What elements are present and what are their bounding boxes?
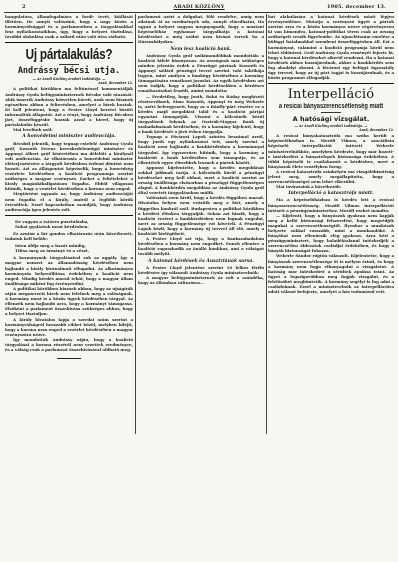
subheadline-2: A hatósági vizsgálat. [268, 115, 394, 124]
column-divider [135, 14, 136, 434]
article-continuation: parlament azért a dolgokat, fölé rendelv… [138, 14, 264, 45]
article-separator [5, 42, 133, 43]
paragraph: A király hivatalos lapja a szerdai szám … [5, 317, 133, 337]
paragraph: Megtörtént ugyanis az, hogy Andrássy aud… [5, 191, 133, 211]
verse-quote: Isten áldja meg a hazát mindig, Tiltsa m… [5, 243, 133, 253]
section-title: A katonai kérdések és Ausztriának sorsa. [138, 259, 264, 264]
place-date: Arad, december 12. [5, 81, 133, 85]
paragraph: A kormánynak tárgyalásaival sok az aggál… [5, 255, 133, 286]
column-3: hat alakulására a katonai kérdések miatt… [268, 14, 394, 562]
paragraph: — Kijelenti, hogy a bányászok gyakran ne… [268, 213, 394, 254]
headline: Interpelláció [268, 87, 394, 102]
paragraph: A resicai bányakatasztrófa ma szóba kerü… [268, 133, 394, 169]
paragraph: Így mondották Andrássy utján, hogy a koa… [5, 337, 133, 352]
section-title: Interpelláció a katasztrófa miatt. [268, 191, 394, 196]
paragraph: Apponyi kijelentette, hogy a kérdés mego… [138, 165, 264, 196]
paragraph: Ma a képviselőházban is kérdés lett a re… [268, 197, 394, 212]
masthead-rule [4, 12, 394, 13]
verse-quote: De vagyon a tatárra pusztulásba, Sokat g… [5, 219, 133, 229]
paragraph: A Pester Lloyd jelentése szerint 10 lelk… [138, 265, 264, 275]
paragraph: Valószínű ezen kívül, hogy a kérdés függ… [138, 195, 264, 236]
article-separator [5, 215, 133, 216]
paragraph: — Eredetileg, hogy Justh, Rohó és Ráday … [138, 94, 264, 135]
paragraph: Tegnap a Fővárosi Lapok szintén beszámol… [138, 134, 264, 165]
article-separator [268, 83, 394, 84]
paragraph: Mai távirataink a következők: [268, 184, 394, 189]
paragraph: Ez azután a hír gondos elhatározás után … [5, 231, 133, 241]
paragraph: A magyar belügyminiszternek az volt a sz… [138, 275, 264, 285]
subheadline: Andrássy bécsi utja. [5, 66, 133, 77]
paragraph: Wekerle Sándor rögtön válaszolt. Kijelen… [268, 253, 394, 294]
paragraph: A Pester Lloyd azt írja, hogy a bankszab… [138, 236, 264, 256]
section-title: Nem lesz koalíció bank. [138, 47, 264, 52]
end-rule [57, 358, 81, 359]
column-divider [266, 14, 267, 434]
article-continuation: hangulatára, államfogalmára a fordi- tev… [5, 14, 133, 39]
paragraph: Andrássy Gyula gróf szókimondóbbak mondo… [138, 53, 264, 94]
headline: Uj pártalakulás? [19, 46, 119, 63]
issue-date: 1905. december 13. [327, 4, 386, 10]
paragraph: Mai levelünk szól: [5, 127, 133, 132]
column-1: hangulatára, államfogalmára a fordi- tev… [5, 14, 133, 562]
divider [321, 112, 341, 113]
section-title: A honvédelmi miniszter audienciája. [5, 134, 133, 139]
column-2: parlament azért a dolgokat, fölé rendelv… [138, 14, 264, 562]
paragraph: A resicai katasztrófa színhelyén ma vizs… [268, 169, 394, 184]
article-continuation: hat alakulására a katonai kérdések miatt… [268, 14, 394, 80]
paragraph: A politikai körökben hisznek abban, hogy… [5, 286, 133, 317]
subheadline: a resicai bányaszerencsétlenség miatt [268, 102, 394, 111]
place-date: Arad, december 12. [268, 128, 394, 132]
paragraph: Bécsből jelentik, hogy tegnap estefelé A… [5, 141, 133, 192]
paragraph: A politikai körökben ma feltűnéssel komm… [5, 86, 133, 127]
